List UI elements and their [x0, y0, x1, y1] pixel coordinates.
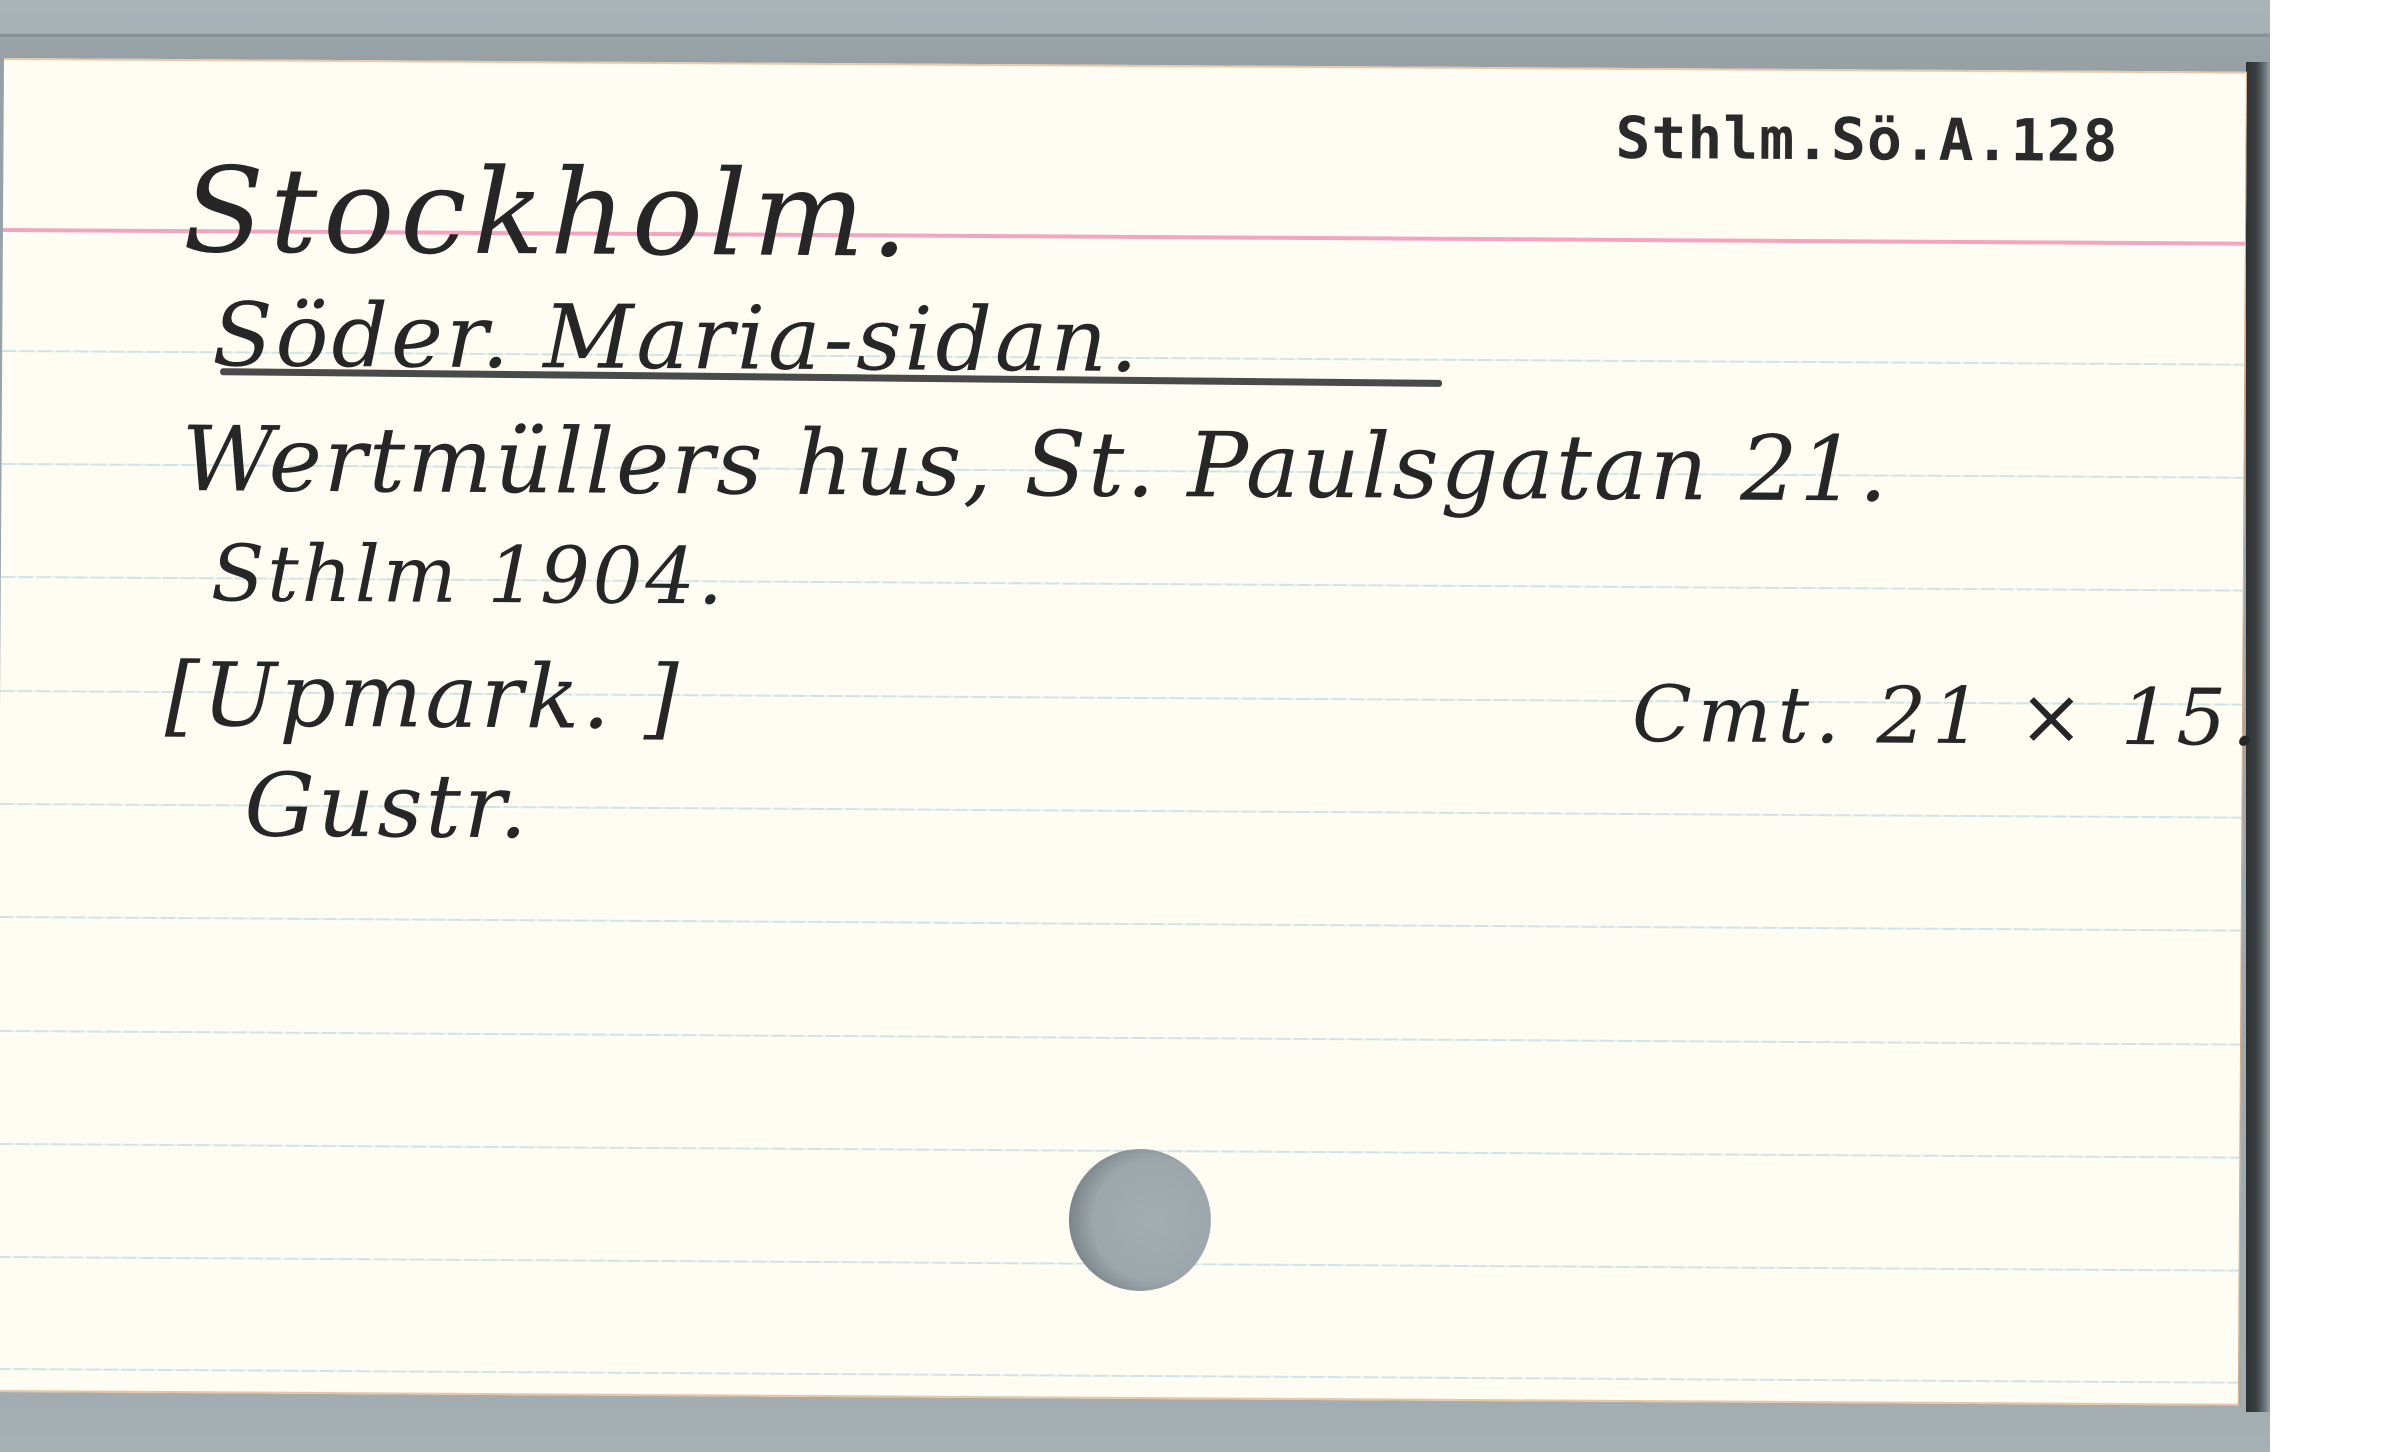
size-note: Cmt. 21 × 15. — [1632, 670, 2263, 764]
ruled-line — [0, 916, 2241, 932]
ruled-line — [0, 1368, 2238, 1384]
reference-code: Sthlm.Sö.A.128 — [1615, 104, 2118, 175]
author-line-1: [Upmark. ] — [165, 643, 682, 749]
place-date: Sthlm 1904. — [211, 529, 727, 622]
author-line-2: Gustr. — [244, 753, 530, 858]
catalog-card: Sthlm.Sö.A.128 Stockholm. Söder. Maria-s… — [0, 58, 2247, 1406]
ruled-line — [0, 1030, 2240, 1046]
card-title: Stockholm. — [183, 141, 915, 283]
address-line: Wertmüllers hus, St. Paulsgatan 21. — [181, 407, 1889, 522]
punch-hole — [1068, 1149, 1211, 1292]
